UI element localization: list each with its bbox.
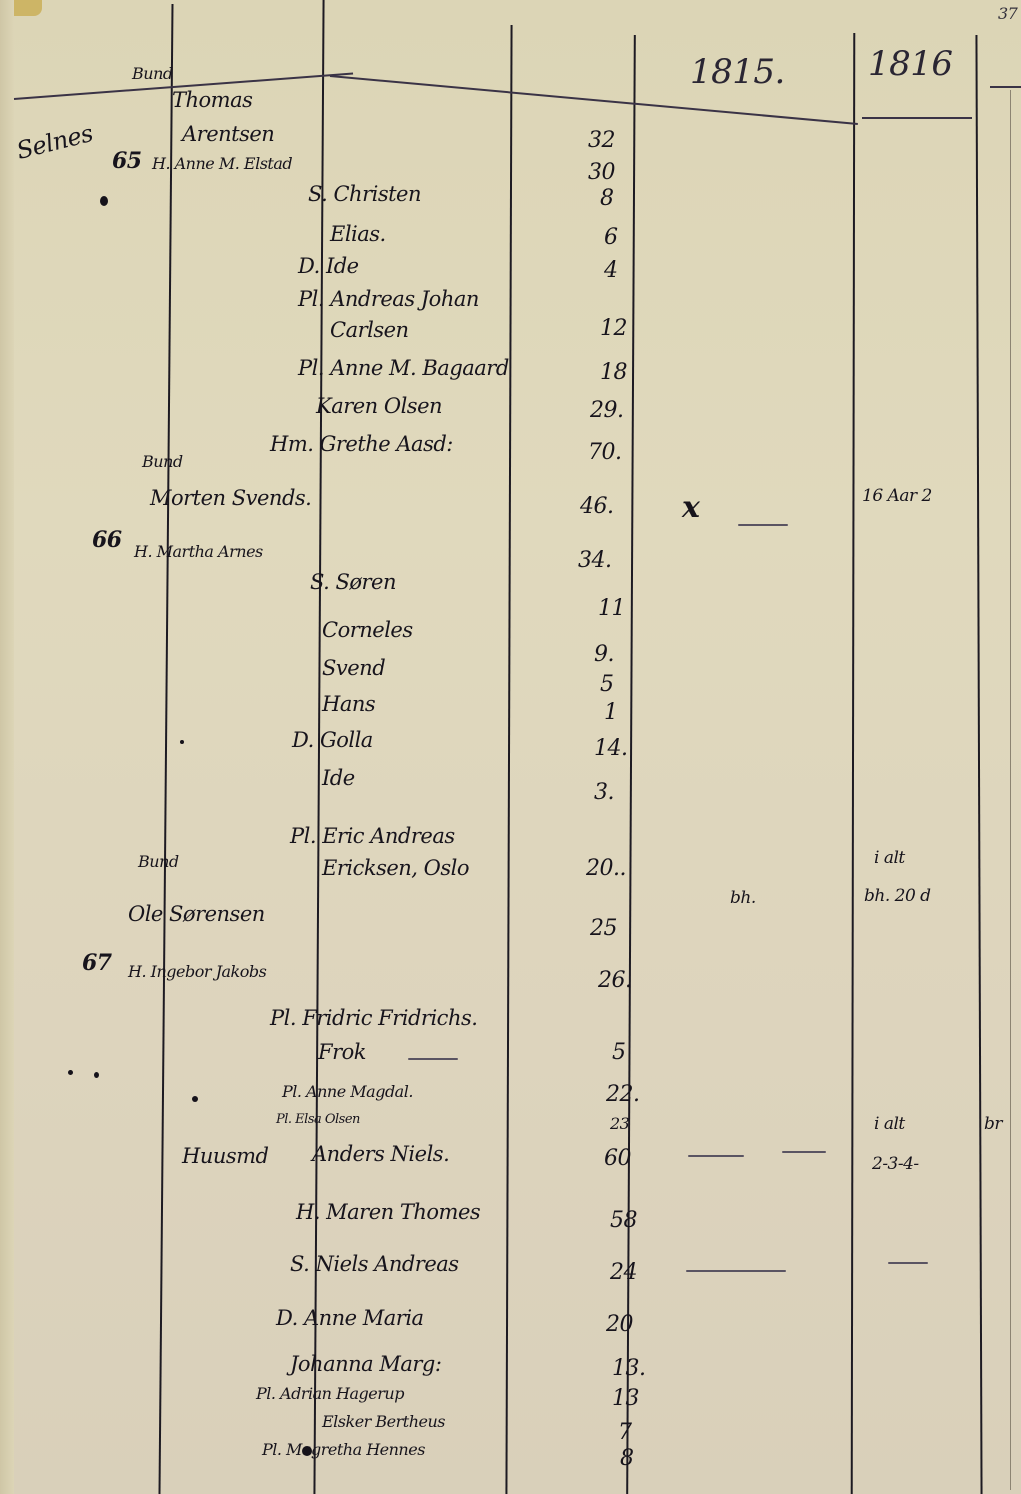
member-name: Karen Olsen	[316, 394, 442, 418]
dash	[738, 524, 788, 526]
age: 6	[604, 225, 618, 250]
place-name: Selnes	[14, 119, 96, 165]
member-name: D. Anne Maria	[276, 1306, 424, 1330]
age: 70.	[588, 440, 622, 465]
age: 13.	[612, 1356, 646, 1381]
age: 34.	[578, 548, 612, 573]
age: 20..	[586, 856, 626, 881]
column-rule-1	[158, 4, 173, 1494]
ink-blot	[180, 740, 184, 744]
member-name: Frok	[318, 1040, 366, 1064]
ink-blot	[94, 1072, 99, 1078]
dash	[782, 1151, 826, 1153]
col-1816-note: 16 Aar 2	[862, 486, 932, 506]
page-edge	[0, 0, 14, 1494]
house-number: 67	[82, 950, 112, 976]
column-rule-5	[851, 33, 856, 1494]
ink-blot	[100, 196, 108, 206]
age: 8	[620, 1446, 634, 1471]
col-1816-note: i alt	[874, 848, 905, 868]
ink-blot	[192, 1096, 198, 1102]
age: 9.	[594, 642, 614, 667]
age: 12	[600, 316, 627, 341]
col-1815-mark: x	[682, 490, 699, 525]
page-gutter-line	[1010, 90, 1011, 1490]
col-1816-note-2: 2-3-4-	[872, 1154, 919, 1174]
header-year-1816: 1816	[868, 44, 953, 84]
member-name: Corneles	[322, 618, 413, 642]
dash	[408, 1058, 458, 1060]
head-name: Anders Niels.	[312, 1142, 449, 1166]
header-year-1815: 1815.	[690, 52, 785, 92]
dash	[688, 1155, 744, 1157]
age: 7	[618, 1420, 632, 1445]
age: 5	[612, 1040, 626, 1065]
dash	[686, 1270, 786, 1272]
age: 58	[610, 1208, 637, 1233]
member-name: Elsker Bertheus	[322, 1412, 445, 1431]
member-name: S. Christen	[308, 182, 421, 206]
member-name: Hm. Grethe Aasd:	[270, 432, 453, 456]
column-rule-6	[975, 35, 982, 1494]
member-name: Pl. Anne Magdal.	[282, 1082, 413, 1101]
member-name: S. Søren	[310, 570, 396, 594]
role-label: Bund	[132, 64, 173, 83]
age: 22.	[606, 1082, 640, 1107]
member-name-cont: Ericksen, Oslo	[322, 856, 469, 880]
member-name: Johanna Marg:	[290, 1352, 441, 1376]
member-name: Svend	[322, 656, 385, 680]
wife-name: H. Ingebor Jakobs	[128, 962, 266, 981]
wife-name: H. Anne M. Elstad	[152, 154, 292, 173]
house-number: 65	[112, 148, 142, 174]
dash	[888, 1262, 928, 1264]
age: 26.	[598, 968, 632, 993]
header-rule	[862, 117, 972, 119]
age: 24	[610, 1260, 637, 1285]
age: 8	[600, 186, 614, 211]
member-name: Elias.	[330, 222, 386, 246]
col-1816-note: i alt	[874, 1114, 905, 1134]
member-name: Pl. Adrian Hagerup	[256, 1384, 404, 1403]
age: 32	[588, 128, 615, 153]
member-name: Pl. Andreas Johan	[298, 287, 479, 311]
ink-blot	[68, 1070, 73, 1075]
age: 29.	[590, 398, 624, 423]
role-label: Bund	[142, 452, 183, 471]
member-name: D. Golla	[292, 728, 373, 752]
house-number: 66	[92, 527, 122, 553]
age: 60	[604, 1146, 631, 1171]
wife-name: H. Martha Arnes	[134, 542, 263, 561]
ledger-page: 1815. 1816 37 Selnes 65 66 67 Bund Thoma…	[0, 0, 1021, 1494]
age: 4	[604, 258, 618, 283]
age: 20	[606, 1312, 633, 1337]
age: 11	[598, 596, 625, 621]
age: 18	[600, 360, 627, 385]
age: 25	[590, 916, 617, 941]
col-extra-note: br	[984, 1114, 1002, 1134]
member-name: Pl. Magretha Hennes	[262, 1440, 425, 1459]
member-name: Pl. Elsa Olsen	[276, 1112, 360, 1127]
age: 46.	[580, 494, 614, 519]
head-name: Thomas	[172, 88, 252, 112]
age: 1	[604, 700, 618, 725]
member-name: Pl. Fridric Fridrichs.	[270, 1006, 477, 1030]
member-name: Pl. Anne M. Bagaard	[298, 356, 509, 380]
role-label: Huusmd	[182, 1144, 269, 1168]
age: 5	[600, 672, 614, 697]
head-name: Morten Svends.	[150, 486, 311, 510]
member-name: D. Ide	[298, 254, 359, 278]
age: 14.	[594, 736, 628, 761]
member-name: Hans	[322, 692, 375, 716]
age: 13	[612, 1386, 639, 1411]
member-name: Pl. Eric Andreas	[290, 824, 455, 848]
member-name: Ide	[322, 766, 355, 790]
column-rule-3	[505, 25, 512, 1494]
head-name: Ole Sørensen	[128, 902, 265, 926]
member-name: H. Maren Thomes	[296, 1200, 480, 1224]
col-1816-note-2: bh. 20 d	[864, 886, 931, 906]
head-name-cont: Arentsen	[182, 122, 274, 146]
age: 23	[610, 1114, 629, 1133]
role-label: Bund	[138, 852, 179, 871]
paper-stain	[14, 0, 42, 16]
ink-blot	[302, 1446, 312, 1456]
col-1815-note: bh.	[730, 888, 756, 908]
member-name-cont: Carlsen	[330, 318, 409, 342]
age: 3.	[594, 780, 614, 805]
header-rule	[990, 86, 1021, 88]
age: 30	[588, 160, 615, 185]
member-name: S. Niels Andreas	[290, 1252, 459, 1276]
page-number: 37	[998, 4, 1017, 23]
